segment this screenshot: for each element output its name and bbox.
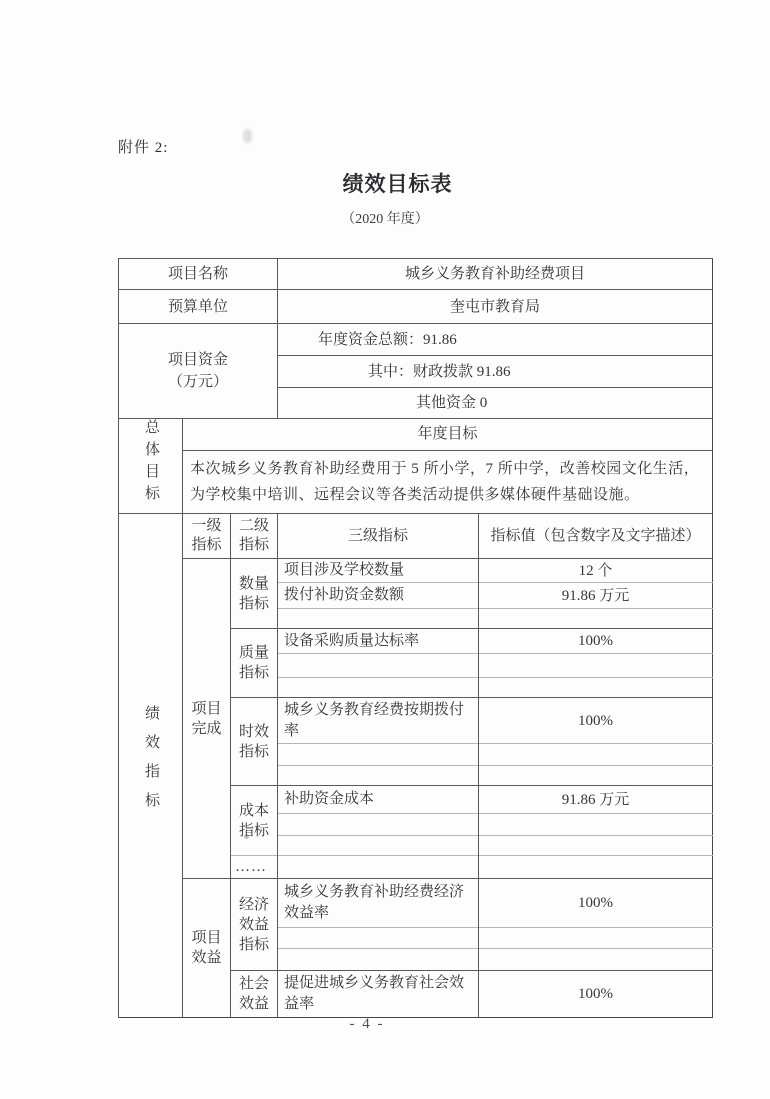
annual-goal-header: 年度目标 [183, 419, 713, 451]
funds-fiscal-value: 其中：财政拨款 91.86 [278, 356, 713, 388]
performance-side-label: 绩效指标 [143, 705, 158, 821]
empty-cell [479, 744, 713, 766]
sub-social-label: 社会效益 [231, 971, 278, 1018]
attachment-label: 附件 2: [118, 136, 168, 157]
table-row: 绩效指标 一级指标 二级指标 三级指标 指标值（包含数字及文字描述） [119, 514, 713, 559]
indicator-name-cell: 城乡义务教育经费按期拨付率 [278, 698, 479, 744]
empty-cell [278, 766, 479, 786]
page-number: - 4 - [0, 1016, 734, 1033]
page-title: 绩效目标表 [25, 168, 770, 198]
project-name-value: 城乡义务教育补助经费项目 [278, 259, 713, 290]
empty-cell [278, 949, 479, 971]
indicator-name-cell: 补助资金成本 [278, 786, 479, 814]
scan-speck [244, 834, 249, 839]
table-row: 项目资金 （万元） 年度资金总额：91.86 [119, 324, 713, 356]
ellipsis-cell: …… [231, 856, 278, 879]
budget-unit-value: 奎屯市教育局 [278, 290, 713, 324]
empty-cell [278, 609, 479, 629]
table-row: 总体目标 年度目标 [119, 419, 713, 451]
header-level3: 三级指标 [278, 514, 479, 559]
header-indicator-value: 指标值（包含数字及文字描述） [479, 514, 713, 559]
sub-quantity-label: 数量指标 [231, 559, 278, 629]
indicator-value-cell: 100% [479, 971, 713, 1018]
indicator-name-cell: 设备采购质量达标率 [278, 629, 479, 654]
empty-cell [278, 678, 479, 698]
header-level1: 一级指标 [183, 514, 231, 559]
sub-economic-label: 经济效益指标 [231, 879, 278, 971]
sub-timeliness-label: 时效指标 [231, 698, 278, 786]
project-name-label: 项目名称 [119, 259, 278, 290]
indicator-value-cell: 100% [479, 629, 713, 654]
indicator-name-cell: 项目涉及学校数量 [278, 559, 479, 583]
scan-speck [243, 129, 252, 143]
empty-cell [278, 928, 479, 949]
empty-cell [278, 744, 479, 766]
funds-total-value: 年度资金总额：91.86 [278, 324, 713, 356]
table-row: 项目名称 城乡义务教育补助经费项目 [119, 259, 713, 290]
empty-cell [278, 856, 479, 879]
page-subtitle: （2020 年度） [0, 208, 770, 228]
empty-cell [479, 949, 713, 971]
empty-cell [479, 766, 713, 786]
table-row: 项目完成 数量指标 项目涉及学校数量 12 个 [119, 559, 713, 583]
indicator-value-cell: 91.86 万元 [479, 786, 713, 814]
indicator-name-cell: 提促进城乡义务教育社会效益率 [278, 971, 479, 1018]
empty-cell [278, 814, 479, 836]
overall-goal-side-label: 总体目标 [143, 419, 158, 507]
table-row: 项目效益 经济效益指标 城乡义务教育补助经费经济效益率 100% [119, 879, 713, 928]
funds-label: 项目资金 （万元） [119, 324, 278, 419]
empty-cell [479, 856, 713, 879]
empty-cell [479, 609, 713, 629]
indicator-value-cell: 91.86 万元 [479, 583, 713, 609]
overall-goal-side-cell: 总体目标 [119, 419, 183, 514]
funds-other-value: 其他资金 0 [278, 388, 713, 419]
indicator-value-cell: 100% [479, 879, 713, 928]
table-row: 本次城乡义务教育补助经费用于 5 所小学，7 所中学，改善校园文化生活，为学校集… [119, 450, 713, 513]
empty-cell [479, 678, 713, 698]
group-project-benefit: 项目效益 [183, 879, 231, 1018]
indicator-name-cell: 城乡义务教育补助经费经济效益率 [278, 879, 479, 928]
annual-goal-text: 本次城乡义务教育补助经费用于 5 所小学，7 所中学，改善校园文化生活，为学校集… [183, 450, 713, 513]
indicator-value-cell: 100% [479, 698, 713, 744]
empty-cell [278, 836, 479, 856]
sub-quality-label: 质量指标 [231, 629, 278, 698]
performance-side-cell: 绩效指标 [119, 514, 183, 1018]
sub-cost-label: 成本指标 [231, 786, 278, 856]
empty-cell [479, 928, 713, 949]
header-level2: 二级指标 [231, 514, 278, 559]
empty-cell [479, 836, 713, 856]
empty-cell [479, 814, 713, 836]
indicator-value-cell: 12 个 [479, 559, 713, 583]
performance-target-table: 项目名称 城乡义务教育补助经费项目 预算单位 奎屯市教育局 项目资金 （万元） … [118, 258, 713, 1018]
group-project-completion: 项目完成 [183, 559, 231, 879]
table-row: 预算单位 奎屯市教育局 [119, 290, 713, 324]
empty-cell [278, 654, 479, 678]
empty-cell [479, 654, 713, 678]
budget-unit-label: 预算单位 [119, 290, 278, 324]
indicator-name-cell: 拨付补助资金数额 [278, 583, 479, 609]
